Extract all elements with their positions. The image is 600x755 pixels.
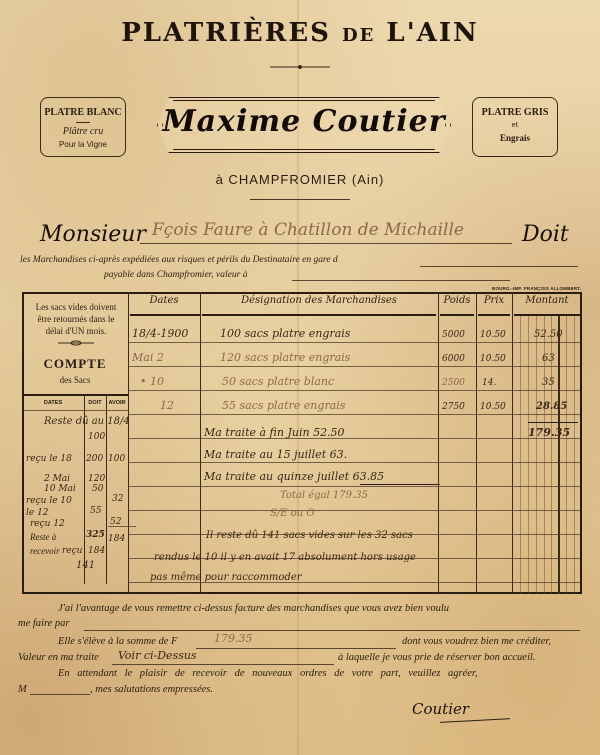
divider xyxy=(250,199,350,200)
gare-blank xyxy=(420,266,578,267)
footer-line-2b: dont vous voudrez bien me créditer, xyxy=(402,636,551,647)
sacks-date: le 12 xyxy=(26,508,49,518)
row-date: Mai 2 xyxy=(132,351,164,364)
addressee-line xyxy=(140,243,512,244)
row-designation: 55 sacs platre engrais xyxy=(222,399,345,412)
row-poids: 2500 xyxy=(442,378,465,388)
signature: Coutier xyxy=(412,700,469,718)
footer-line-1b: me faire par xyxy=(18,618,70,629)
note-line: Ma traite à fin Juin 52.50 xyxy=(204,426,345,439)
sacks-doit: 200 xyxy=(86,454,103,464)
platre-blanc-box: PLATRE BLANC Plâtre cru Pour la Vigne xyxy=(40,97,126,157)
sacks-date: reçu le 18 xyxy=(26,454,72,464)
sacks-doit: 141 xyxy=(76,560,95,571)
sacks-header-doit: DOIT xyxy=(84,400,106,406)
sacks-date: 2 Mai xyxy=(44,474,70,484)
merchant-city: à CHAMPFROMIER (Ain) xyxy=(0,172,600,187)
merchant-name: Maxime Coutier xyxy=(157,104,451,139)
footer-line-4b-prefix: M xyxy=(18,684,27,695)
footer-line-2: Elle s'élève à la somme de F xyxy=(58,636,177,647)
sacks-avoir: 100 xyxy=(108,454,125,464)
row-prix: 10.50 xyxy=(480,354,506,364)
header-poids: Poids xyxy=(438,295,476,306)
sacks-account-subtitle: des Sacs xyxy=(22,375,128,385)
amount-handwritten: 179.35 xyxy=(214,632,253,645)
intro-line-1: les Marchandises ci-après expédiées aux … xyxy=(20,255,338,265)
note-line: Ma traite au quinze juillet 63.85 xyxy=(204,470,384,483)
note-line: S/E ou O xyxy=(270,508,315,519)
ornament-icon xyxy=(270,64,330,70)
row-date: 12 xyxy=(160,399,174,412)
footer-line-4: En attendant le plaisir de recevoir de n… xyxy=(58,668,477,679)
note-line: Il reste dû 141 sacs vides sur les 32 sa… xyxy=(206,530,413,541)
salutation: Monsieur xyxy=(40,222,146,247)
row-montant: 63 xyxy=(542,353,555,364)
col-divider xyxy=(128,292,129,594)
header-dates: Dates xyxy=(128,295,200,306)
note-line: rendus le 10 il y en avait 17 absolument… xyxy=(154,552,416,563)
sacks-doit: 55 xyxy=(90,506,101,516)
total-montant: 179.35 xyxy=(528,426,570,439)
row-prix: 10.50 xyxy=(480,402,506,412)
row-designation: 50 sacs platre blanc xyxy=(222,375,334,388)
valeur-blank xyxy=(292,280,510,281)
sacks-date: Reste dû au 18/4 xyxy=(44,416,130,427)
sacks-date: reçu 12 xyxy=(30,519,65,529)
sacks-account-title: COMPTE xyxy=(22,356,128,372)
footer-line-3b: à laquelle je vous prie de réserver bon … xyxy=(338,652,535,663)
sacks-doit: 120 xyxy=(88,474,105,484)
row-poids: 2750 xyxy=(442,402,465,412)
header-designation: Désignation des Marchandises xyxy=(200,295,438,306)
note-line: Total égal 179.35 xyxy=(280,490,368,501)
row-poids: 6000 xyxy=(442,354,465,364)
sacks-header-avoir: AVOIR xyxy=(106,400,128,406)
col-divider xyxy=(476,292,477,594)
note-line: Ma traite au 15 juillet 63. xyxy=(204,448,347,461)
footer-line-4b: , mes salutations empressées. xyxy=(90,684,213,695)
ornament-icon xyxy=(58,340,94,346)
col-divider xyxy=(512,292,513,594)
footer-line-1: J'ai l'avantage de vous remettre ci-dess… xyxy=(58,603,449,614)
sacks-avoir: 32 xyxy=(112,494,123,504)
col-divider xyxy=(438,292,439,594)
row-designation: 120 sacs platre engrais xyxy=(220,351,350,364)
montant-cents-divider xyxy=(558,316,560,594)
row-montant: 35 xyxy=(542,377,555,388)
sacks-date: reçu xyxy=(62,546,82,556)
sacks-doit: 325 xyxy=(86,530,105,540)
sacks-doit: 50 xyxy=(92,484,103,494)
row-designation: 100 sacs platre engrais xyxy=(220,327,350,340)
row-date: • 10 xyxy=(140,375,164,388)
sacks-avoir: 184 xyxy=(108,534,125,544)
signature-flourish xyxy=(440,718,510,723)
row-date: 18/4-1900 xyxy=(132,327,188,340)
sacks-doit: 100 xyxy=(88,432,105,442)
row-montant: 52.50 xyxy=(534,329,563,340)
doit-label: Doit xyxy=(522,222,569,247)
row-poids: 5000 xyxy=(442,330,465,340)
sacks-date: 10 Mai xyxy=(44,484,76,494)
intro-line-2: payable dans Champfromier, valeur à xyxy=(104,270,247,280)
sacks-doit: 184 xyxy=(88,546,105,556)
col-divider xyxy=(200,292,201,594)
addressee-handwritten: Fçois Faure à Chatillon de Michaille xyxy=(152,220,464,240)
sacks-date: reçu le 10 xyxy=(26,496,72,506)
sacks-header-dates: DATES xyxy=(22,400,84,406)
footer-line-3: Valeur en ma traite xyxy=(18,652,99,663)
blank-line xyxy=(84,630,580,631)
row-montant: 28.85 xyxy=(536,401,567,412)
header-prix: Prix xyxy=(476,295,512,306)
row-prix: 14. xyxy=(482,378,496,388)
header-montant: Montant xyxy=(512,295,582,306)
sacks-return-note: Les sacs vides doivent être retournés da… xyxy=(28,301,124,337)
blank-line xyxy=(30,694,90,695)
note-line: pas même pour raccommoder xyxy=(150,572,302,583)
company-name: PLATRIÈRES DE L'AIN xyxy=(0,18,600,48)
printer-credit: BOURG.-IMP. FRANÇOIS ALLOMBERT. xyxy=(492,286,581,291)
blank-line xyxy=(196,648,396,649)
row-prix: 10.50 xyxy=(480,330,506,340)
blank-line xyxy=(112,664,334,665)
traite-handwritten: Voir ci-Dessus xyxy=(118,649,197,662)
platre-gris-box: PLATRE GRIS et Engrais xyxy=(472,97,558,157)
